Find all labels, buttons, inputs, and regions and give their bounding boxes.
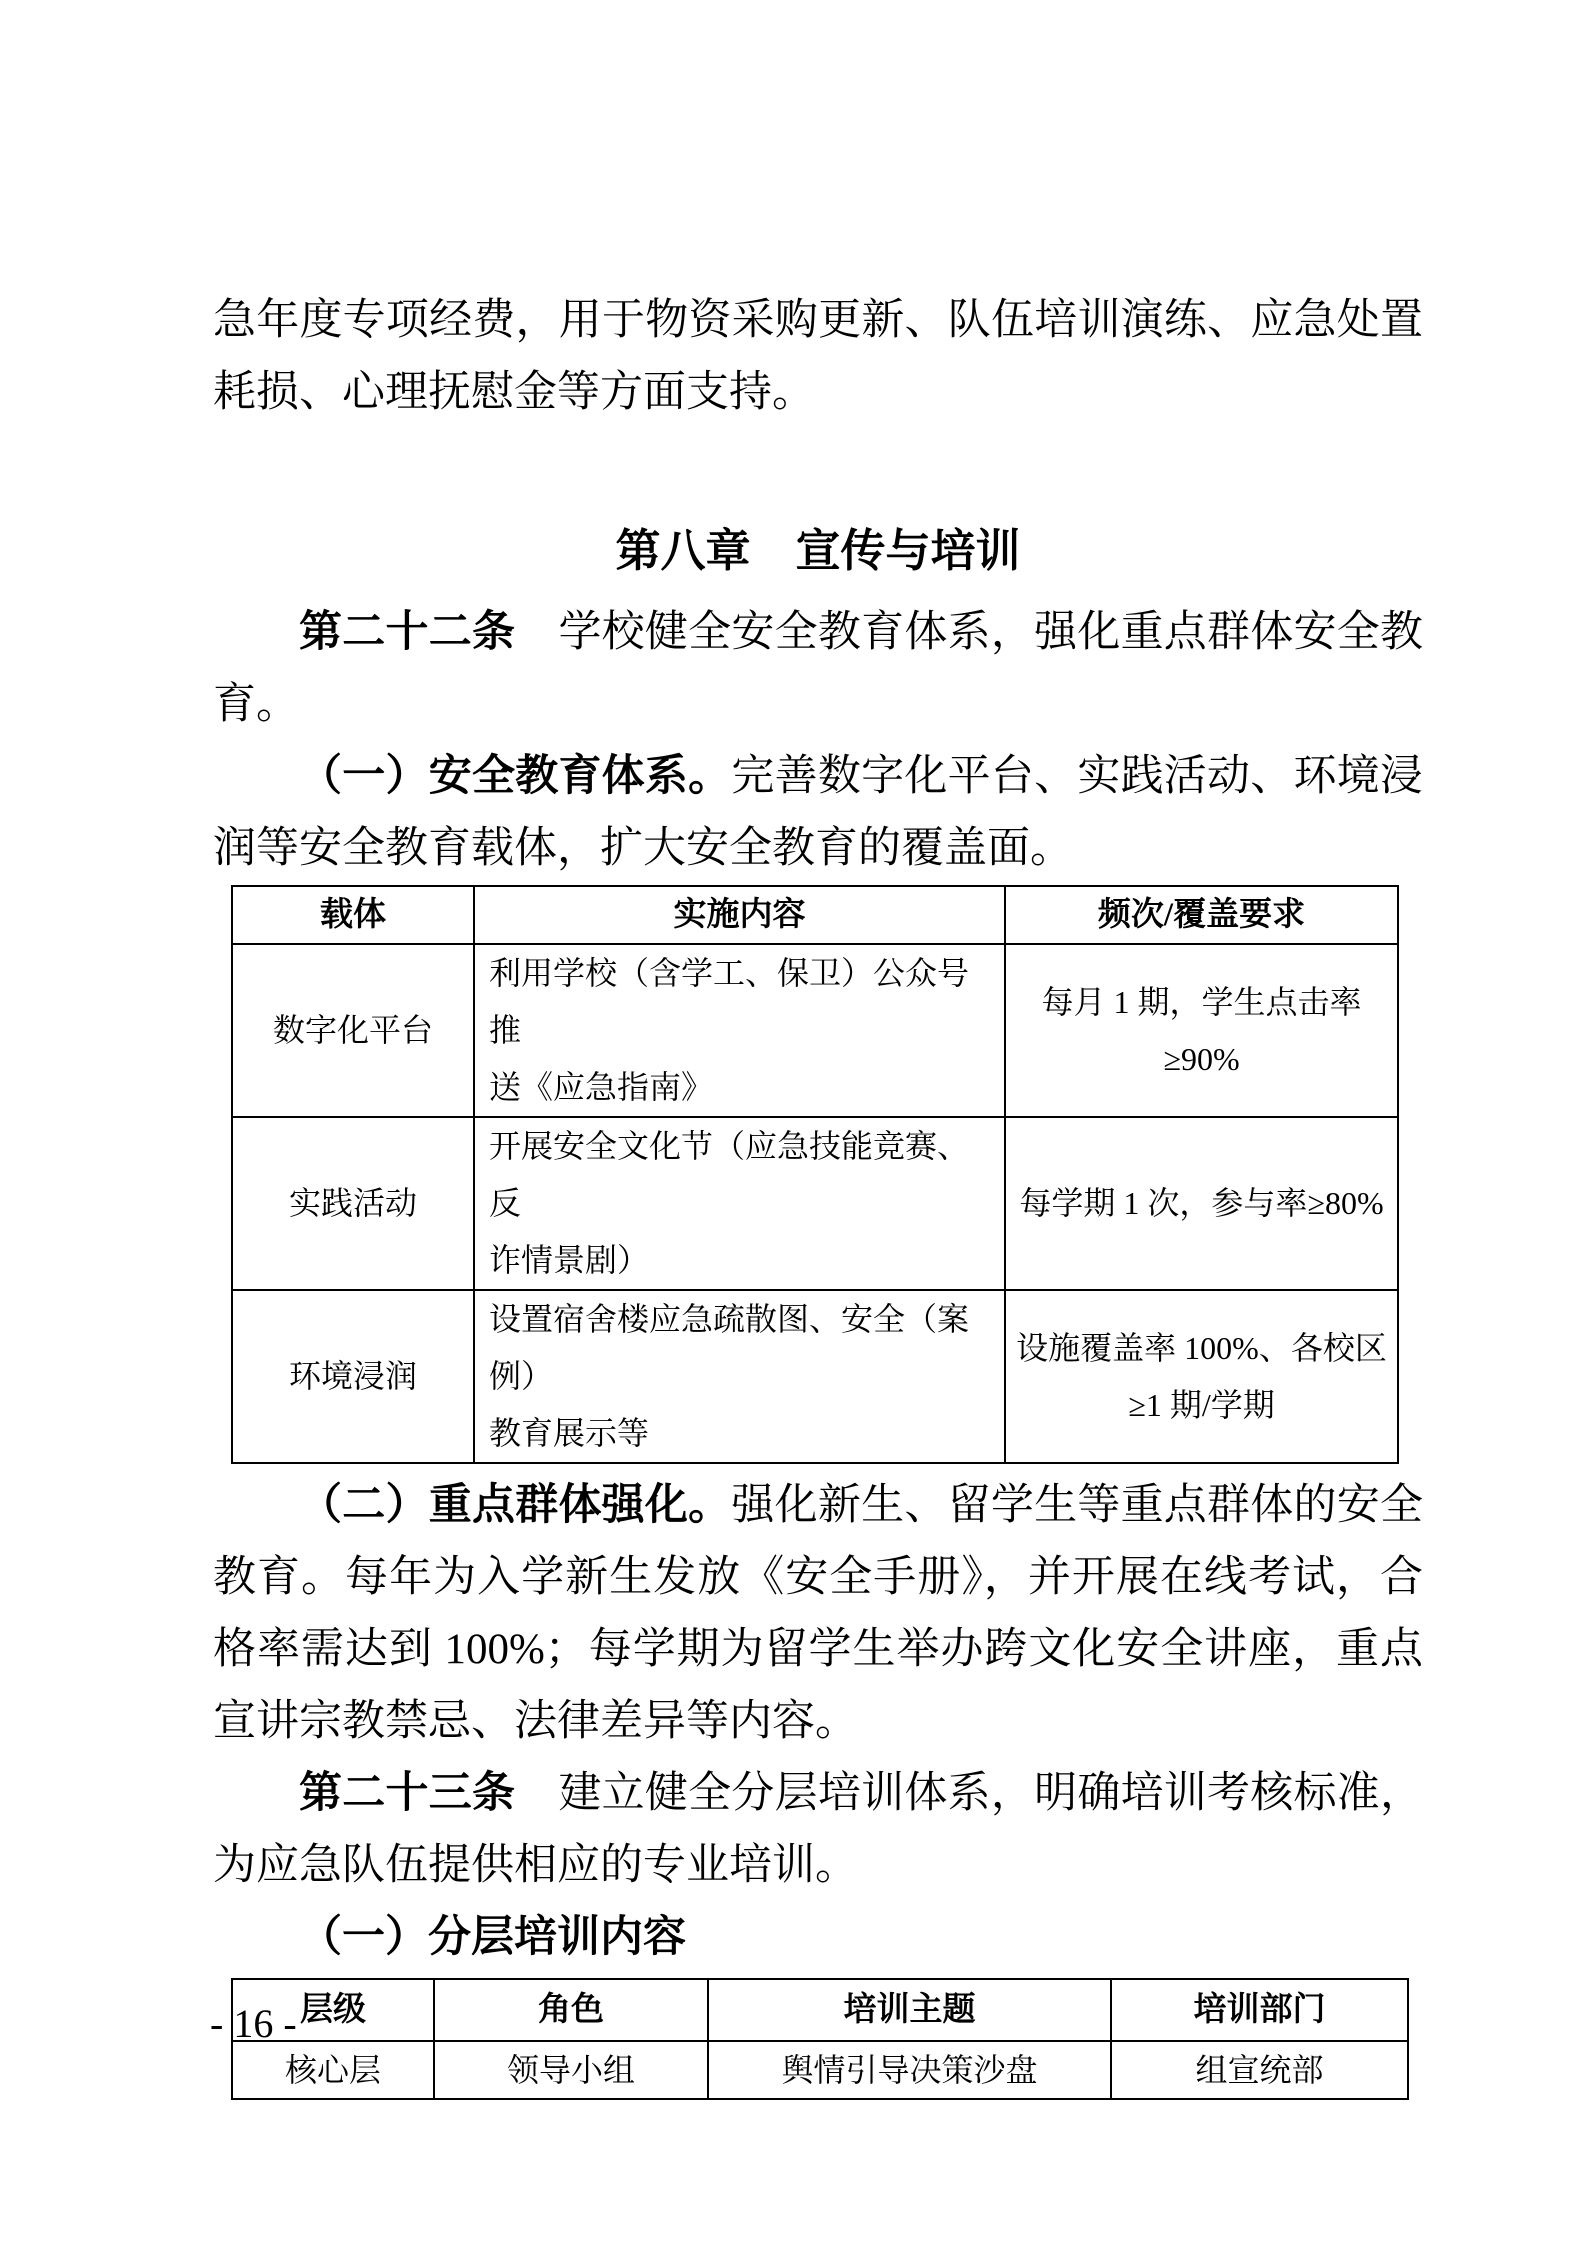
- cell-carrier: 实践活动: [232, 1117, 474, 1290]
- article-22-label: 第二十二条: [299, 609, 515, 656]
- header-content: 实施内容: [474, 886, 1005, 944]
- chapter-heading: 第八章 宣传与培训: [213, 505, 1423, 597]
- table-row: 数字化平台 利用学校（含学工、保卫）公众号推 送《应急指南》 每月 1 期，学生…: [232, 944, 1398, 1117]
- key-groups-label: （二）重点群体强化。: [299, 1482, 731, 1529]
- paragraph-key-groups: （二）重点群体强化。强化新生、留学生等重点群体的安全教育。每年为入学新生发放《安…: [213, 1470, 1423, 1758]
- page-number: - 16 -: [210, 2002, 297, 2046]
- header-requirement: 频次/覆盖要求: [1005, 886, 1398, 944]
- paragraph-education-system: （一）安全教育体系。完善数字化平台、实践活动、环境浸润等安全教育载体，扩大安全教…: [213, 741, 1423, 885]
- paragraph-training-content-heading: （一）分层培训内容: [213, 1902, 1423, 1974]
- table-header-row: 载体 实施内容 频次/覆盖要求: [232, 886, 1398, 944]
- table-row: 核心层 领导小组 舆情引导决策沙盘 组宣统部: [232, 2041, 1408, 2099]
- header-department: 培训部门: [1111, 1979, 1408, 2041]
- training-levels-table: 层级 角色 培训主题 培训部门 核心层 领导小组 舆情引导决策沙盘 组宣统部: [231, 1978, 1409, 2100]
- cell-requirement: 每月 1 期，学生点击率 ≥90%: [1005, 944, 1398, 1117]
- cell-requirement: 设施覆盖率 100%、各校区 ≥1 期/学期: [1005, 1290, 1398, 1463]
- cell-carrier: 数字化平台: [232, 944, 474, 1117]
- cell-level: 核心层: [232, 2041, 434, 2099]
- cell-content: 开展安全文化节（应急技能竞赛、反 诈情景剧）: [474, 1117, 1005, 1290]
- education-carriers-table: 载体 实施内容 频次/覆盖要求 数字化平台 利用学校（含学工、保卫）公众号推 送…: [231, 885, 1399, 1464]
- article-23-label: 第二十三条: [299, 1770, 515, 1817]
- header-carrier: 载体: [232, 886, 474, 944]
- table-row: 环境浸润 设置宿舍楼应急疏散图、安全（案例） 教育展示等 设施覆盖率 100%、…: [232, 1290, 1398, 1463]
- cell-topic: 舆情引导决策沙盘: [708, 2041, 1111, 2099]
- cell-content: 设置宿舍楼应急疏散图、安全（案例） 教育展示等: [474, 1290, 1005, 1463]
- cell-department: 组宣统部: [1111, 2041, 1408, 2099]
- table-header-row: 层级 角色 培训主题 培训部门: [232, 1979, 1408, 2041]
- document-content: 急年度专项经费，用于物资采购更新、队伍培训演练、应急处置耗损、心理抚慰金等方面支…: [213, 285, 1423, 2100]
- paragraph-article-22: 第二十二条 学校健全安全教育体系，强化重点群体安全教育。: [213, 597, 1423, 741]
- table-row: 实践活动 开展安全文化节（应急技能竞赛、反 诈情景剧） 每学期 1 次，参与率≥…: [232, 1117, 1398, 1290]
- paragraph-continuation: 急年度专项经费，用于物资采购更新、队伍培训演练、应急处置耗损、心理抚慰金等方面支…: [213, 285, 1423, 429]
- document-page: 急年度专项经费，用于物资采购更新、队伍培训演练、应急处置耗损、心理抚慰金等方面支…: [0, 0, 1587, 2245]
- header-role: 角色: [434, 1979, 708, 2041]
- cell-role: 领导小组: [434, 2041, 708, 2099]
- cell-requirement: 每学期 1 次，参与率≥80%: [1005, 1117, 1398, 1290]
- header-topic: 培训主题: [708, 1979, 1111, 2041]
- education-system-label: （一）安全教育体系。: [299, 753, 731, 800]
- cell-carrier: 环境浸润: [232, 1290, 474, 1463]
- paragraph-article-23: 第二十三条 建立健全分层培训体系，明确培训考核标准，为应急队伍提供相应的专业培训…: [213, 1758, 1423, 1902]
- cell-content: 利用学校（含学工、保卫）公众号推 送《应急指南》: [474, 944, 1005, 1117]
